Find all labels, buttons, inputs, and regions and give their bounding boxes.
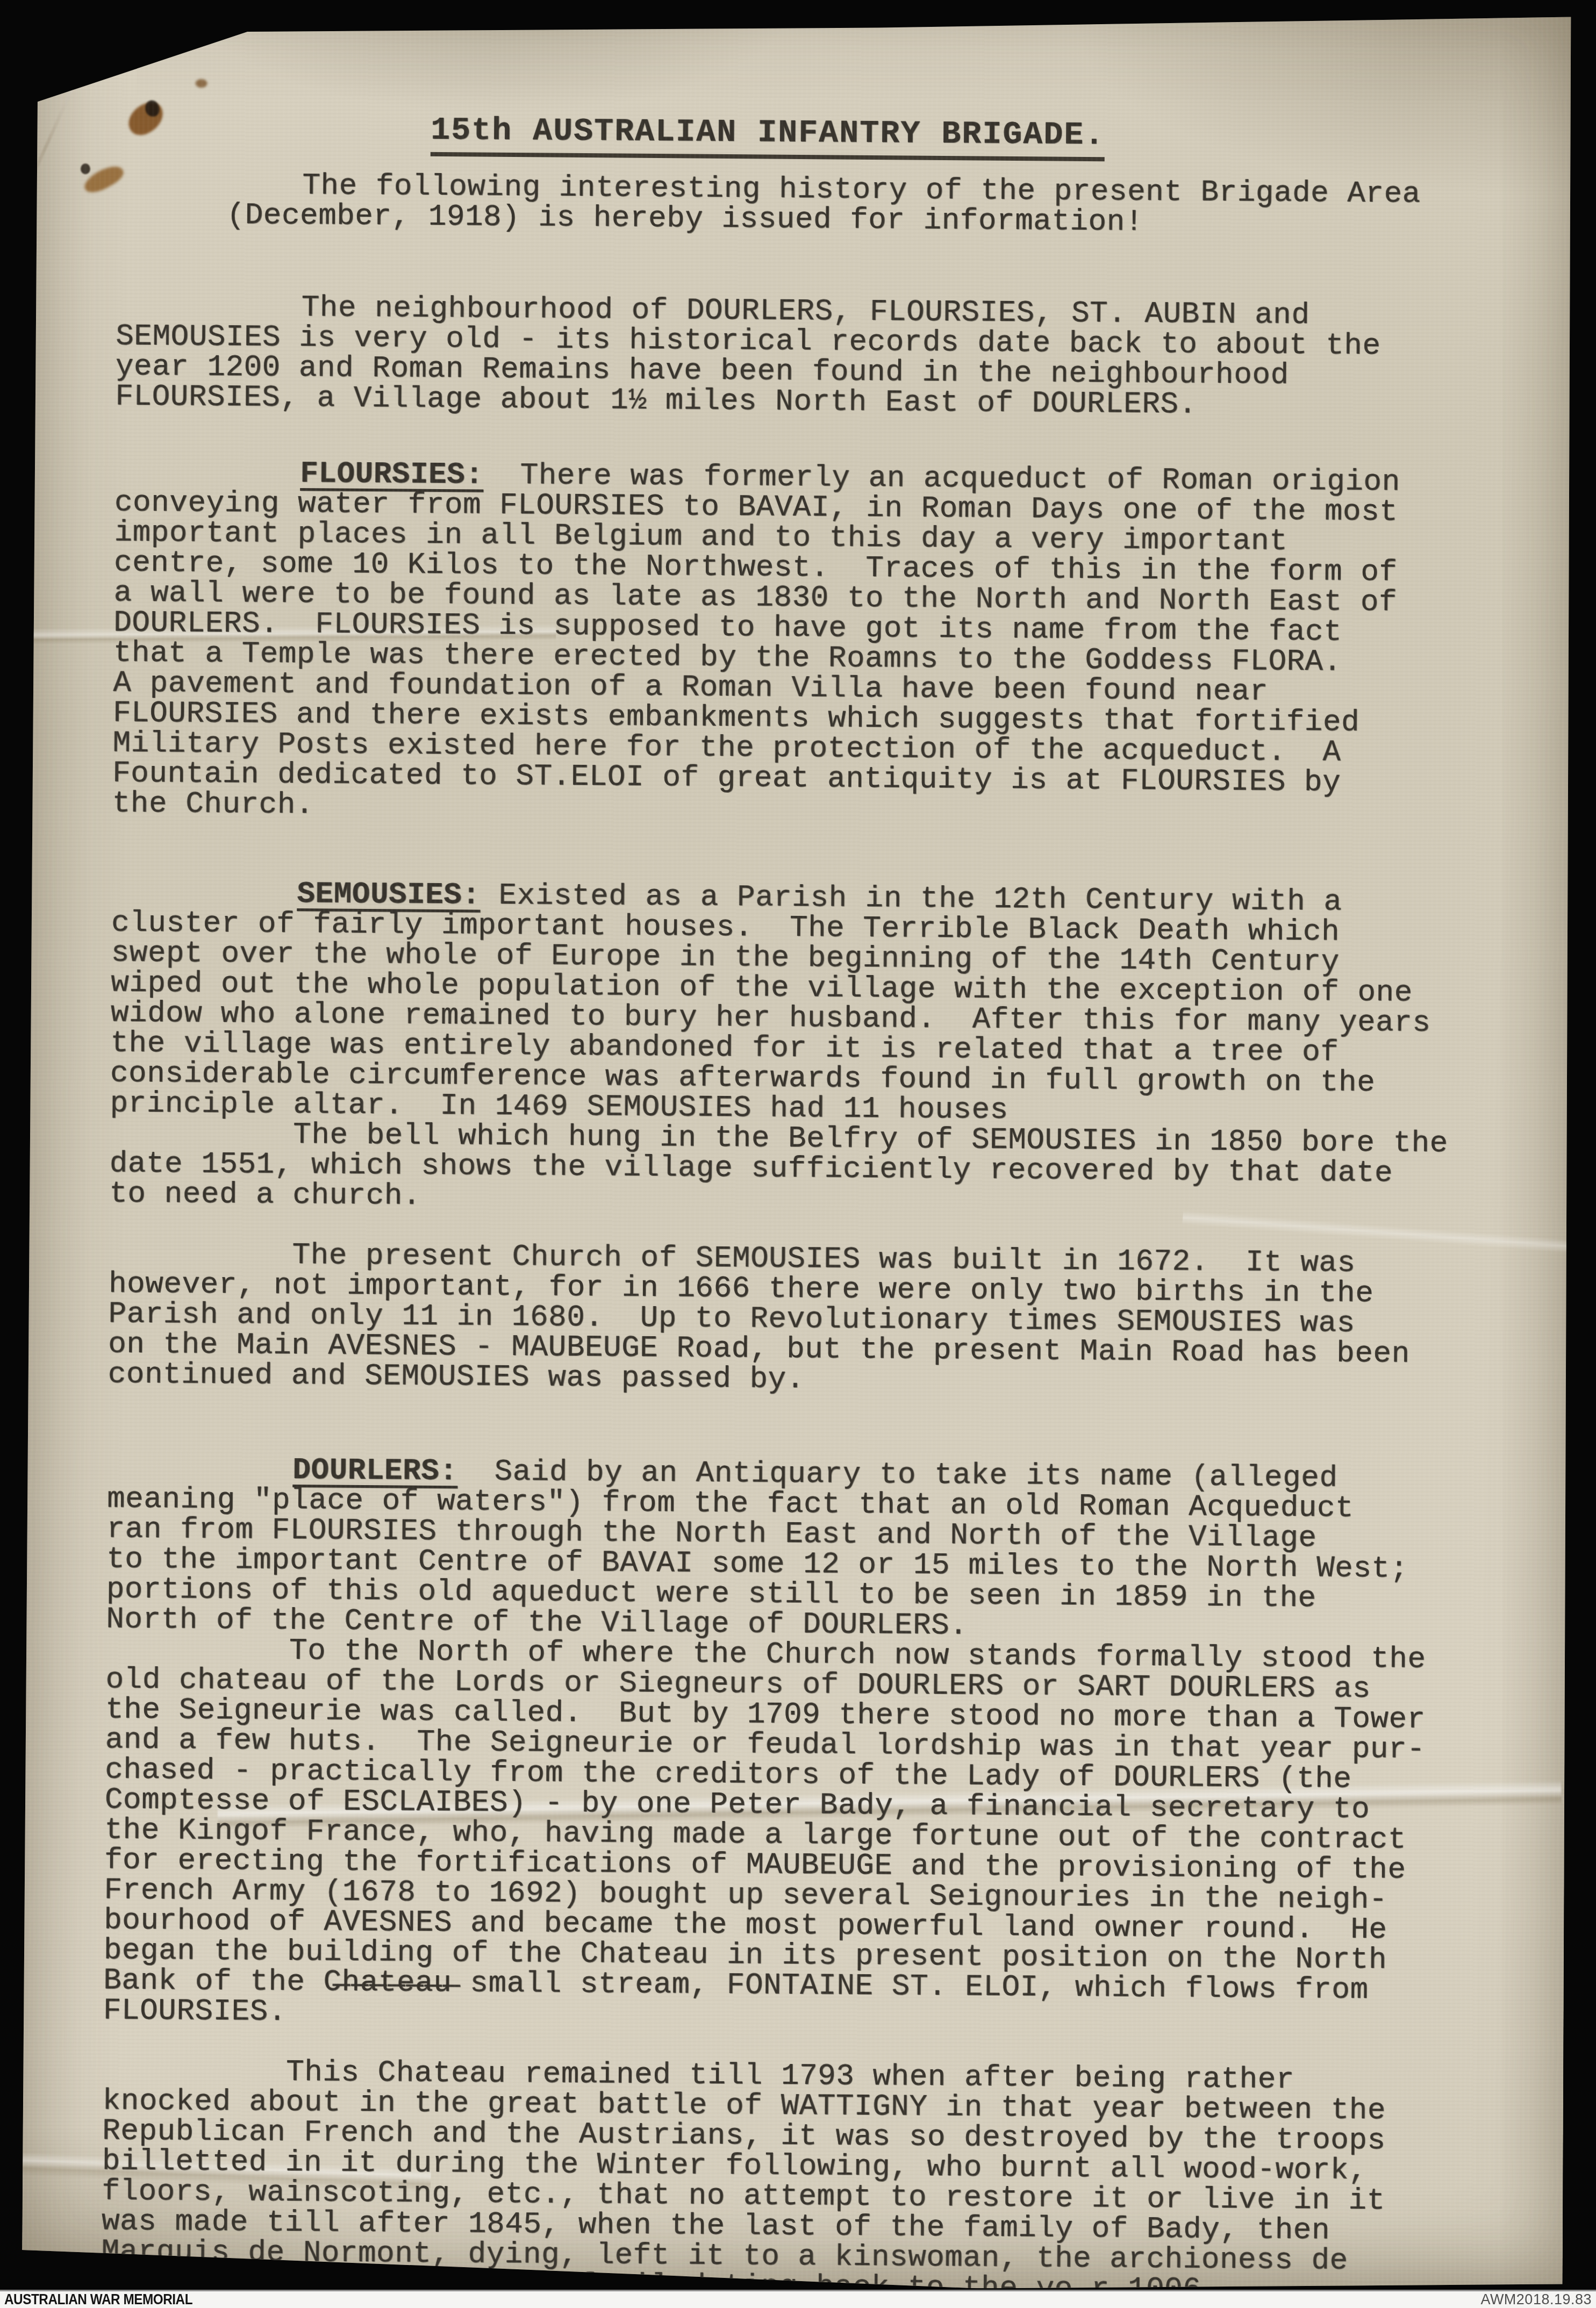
document-content: 15th AUSTRALIAN INFANTRY BRIGADE. The fo… xyxy=(101,113,1547,2307)
paragraph-lines: SEMOUSIES is very old - its historical r… xyxy=(115,321,1545,422)
section-dourlers: DOURLERS: Said by an Antiquary to take i… xyxy=(101,1453,1537,2307)
paragraph-lines: conveying water from FLOURSIES to BAVAI,… xyxy=(112,487,1545,829)
archive-institution-label: AUSTRALIAN WAR MEMORIAL xyxy=(4,2291,192,2308)
rust-stain xyxy=(196,79,207,88)
paragraph-neighbourhood: The neighbourhood of DOURLERS, FLOURSIES… xyxy=(115,291,1546,422)
document-page: 15th AUSTRALIAN INFANTRY BRIGADE. The fo… xyxy=(22,0,1573,2291)
paragraph-lines: meaning "place of waters") from the fact… xyxy=(101,1483,1537,2307)
paper-crease xyxy=(0,31,99,262)
paragraph-lines: cluster of fairly important houses. The … xyxy=(108,907,1542,1400)
document-title-text: 15th AUSTRALIAN INFANTRY BRIGADE. xyxy=(431,116,1105,161)
document-title: 15th AUSTRALIAN INFANTRY BRIGADE. xyxy=(431,116,1548,165)
archive-bar: AUSTRALIAN WAR MEMORIAL AWM2018.19.83 xyxy=(0,2290,1596,2308)
section-floursies: FLOURSIES: There was formerly an acquedu… xyxy=(112,457,1545,829)
ink-stain xyxy=(81,163,90,174)
accession-number: AWM2018.19.83 xyxy=(1480,2291,1592,2308)
section-semousies: SEMOUSIES: Existed as a Parish in the 12… xyxy=(108,877,1542,1400)
paragraph-intro: The following interesting history of the… xyxy=(117,169,1547,240)
